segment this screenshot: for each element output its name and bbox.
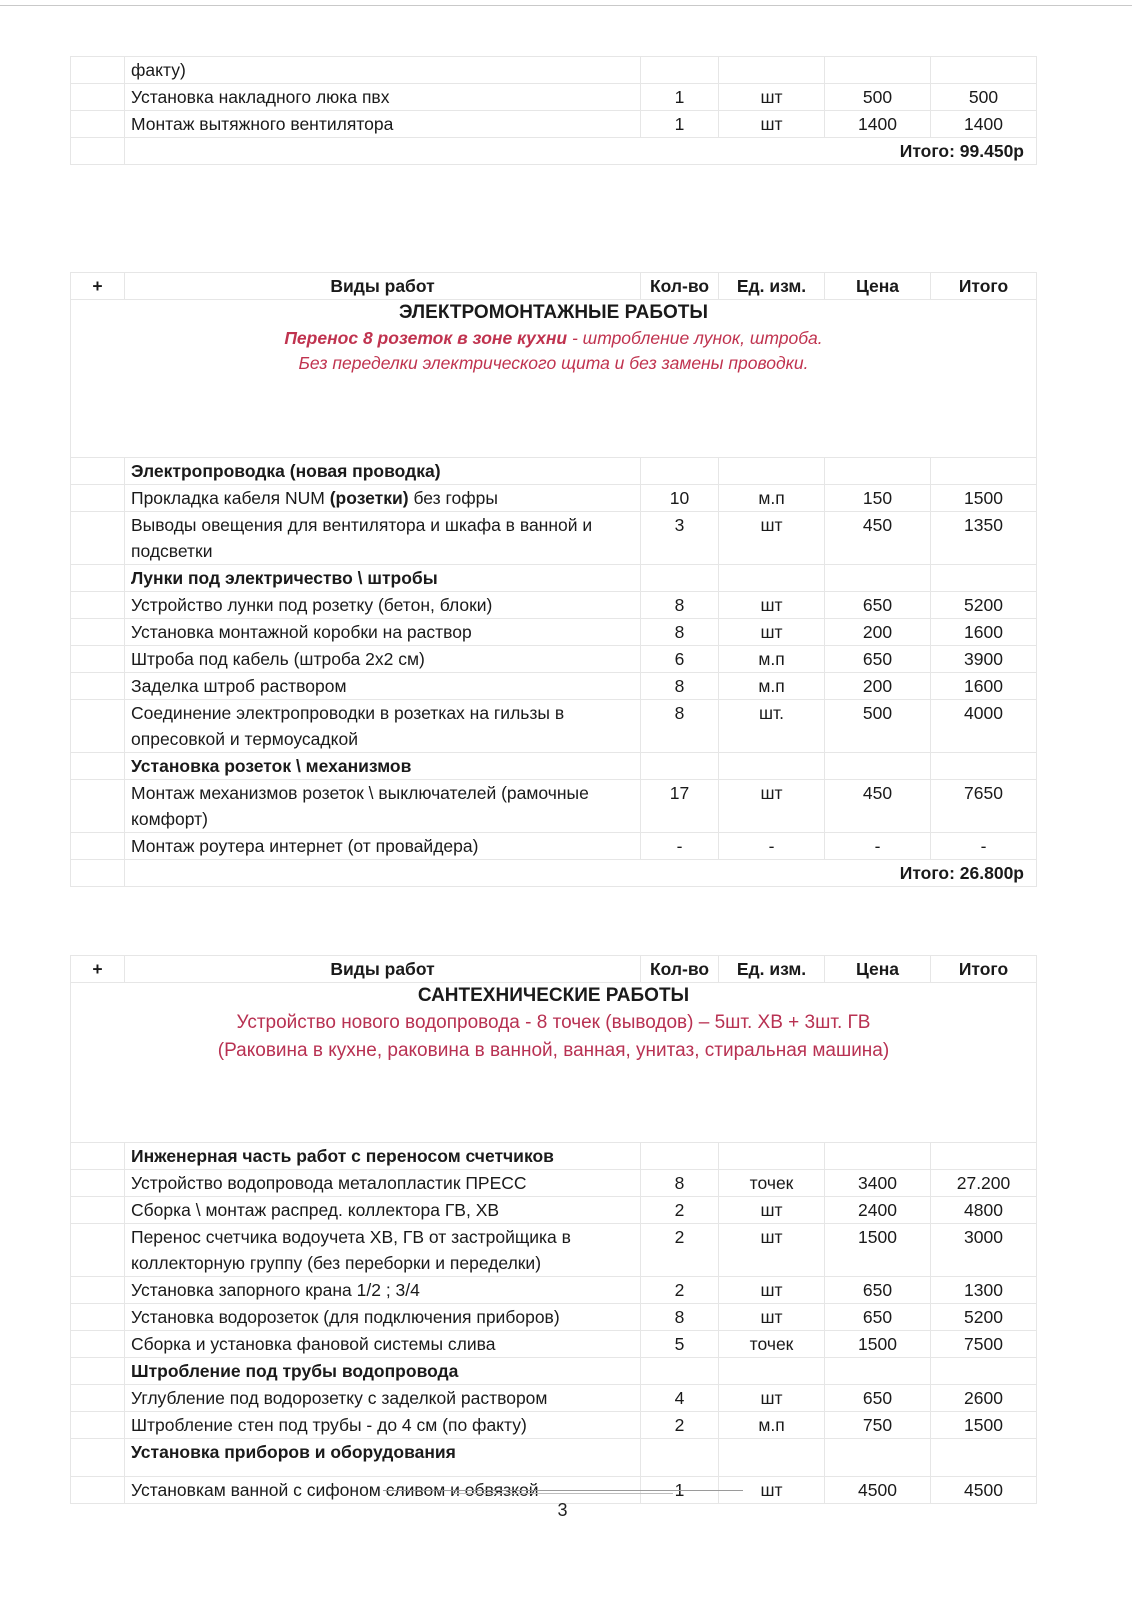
table-header-row: + Виды работ Кол-во Ед. изм. Цена Итого (71, 273, 1037, 300)
table-row: Сборка и установка фановой системы слива… (71, 1331, 1037, 1358)
table-row: Прокладка кабеля NUM (розетки) без гофры… (71, 485, 1037, 512)
row-marker-cell (71, 458, 125, 485)
unit-cell (719, 458, 825, 485)
section-total-row: Итого: 26.800р (71, 860, 1037, 887)
price-cell: 500 (825, 84, 931, 111)
column-header-unit: Ед. изм. (719, 956, 825, 983)
work-name-cell: Прокладка кабеля NUM (розетки) без гофры (125, 485, 641, 512)
total-cell: 27.200 (931, 1170, 1037, 1197)
price-cell: - (825, 833, 931, 860)
unit-cell (719, 1143, 825, 1170)
row-marker-cell (71, 753, 125, 780)
unit-cell (719, 57, 825, 84)
price-cell: 500 (825, 700, 931, 753)
qty-cell: 8 (641, 592, 719, 619)
unit-cell: шт (719, 1224, 825, 1277)
section-title: ЭЛЕКТРОМОНТАЖНЫЕ РАБОТЫ (77, 300, 1030, 326)
total-cell: 4500 (931, 1477, 1037, 1504)
expand-plus-icon[interactable]: + (71, 273, 125, 300)
section-note-line2: Без переделки электрического щита и без … (77, 351, 1030, 376)
unit-cell: точек (719, 1170, 825, 1197)
qty-cell: 6 (641, 646, 719, 673)
work-name-cell: Сборка \ монтаж распред. коллектора ГВ, … (125, 1197, 641, 1224)
expand-plus-icon[interactable]: + (71, 956, 125, 983)
table-row: факту) (71, 57, 1037, 84)
row-marker-cell (71, 1224, 125, 1277)
price-cell: 200 (825, 619, 931, 646)
price-cell: 650 (825, 1304, 931, 1331)
group-heading-row: Инженерная часть работ с переносом счетч… (71, 1143, 1037, 1170)
work-name-cell: Монтаж роутера интернет (от провайдера) (125, 833, 641, 860)
total-cell: 1300 (931, 1277, 1037, 1304)
qty-cell: 1 (641, 84, 719, 111)
qty-cell: 2 (641, 1412, 719, 1439)
table-row: Монтаж механизмов розеток \ выключателей… (71, 780, 1037, 833)
unit-cell: м.п (719, 646, 825, 673)
price-cell: 150 (825, 485, 931, 512)
unit-cell: шт (719, 1385, 825, 1412)
total-cell: 4800 (931, 1197, 1037, 1224)
qty-cell (641, 1439, 719, 1477)
price-cell (825, 1439, 931, 1477)
price-cell (825, 1143, 931, 1170)
column-header-unit: Ед. изм. (719, 273, 825, 300)
unit-cell: шт. (719, 700, 825, 753)
work-name-cell: Монтаж механизмов розеток \ выключателей… (125, 780, 641, 833)
row-marker-cell (71, 1143, 125, 1170)
row-marker-cell (71, 565, 125, 592)
total-cell: 3000 (931, 1224, 1037, 1277)
column-header-price: Цена (825, 956, 931, 983)
row-marker-cell (71, 512, 125, 565)
work-name-cell: Устройство лунки под розетку (бетон, бло… (125, 592, 641, 619)
row-marker-cell (71, 700, 125, 753)
row-marker-cell (71, 57, 125, 84)
group-heading-row: Установка приборов и оборудования (71, 1439, 1037, 1477)
row-marker-cell (71, 592, 125, 619)
group-heading-row: Установка розеток \ механизмов (71, 753, 1037, 780)
table-row: Устройство лунки под розетку (бетон, бло… (71, 592, 1037, 619)
column-header-total: Итого (931, 273, 1037, 300)
section-total: Итого: 99.450р (641, 138, 1037, 165)
price-cell (825, 565, 931, 592)
column-header-qty: Кол-во (641, 273, 719, 300)
qty-cell (641, 1143, 719, 1170)
unit-cell: шт (719, 619, 825, 646)
table-row: Устройство водопровода металопластик ПРЕ… (71, 1170, 1037, 1197)
work-name-cell: Соединение электропроводки в розетках на… (125, 700, 641, 753)
total-cell: 2600 (931, 1385, 1037, 1412)
page-top-edge (0, 5, 1132, 6)
table-row: Штроба под кабель (штроба 2х2 см)6м.п650… (71, 646, 1037, 673)
total-cell: 7500 (931, 1331, 1037, 1358)
work-name-cell: Лунки под электричество \ штробы (125, 565, 641, 592)
total-cell: 5200 (931, 1304, 1037, 1331)
work-name-cell: Установка приборов и оборудования (125, 1439, 641, 1477)
section-note-line1: Перенос 8 розеток в зоне кухни - штробле… (77, 326, 1030, 351)
total-cell: 1350 (931, 512, 1037, 565)
qty-cell: 2 (641, 1224, 719, 1277)
table-row: Перенос счетчика водоучета ХВ, ГВ от зас… (71, 1224, 1037, 1277)
table-row: Установка запорного крана 1/2 ; 3/42шт65… (71, 1277, 1037, 1304)
work-name-cell: Установка монтажной коробки на раствор (125, 619, 641, 646)
price-cell: 1400 (825, 111, 931, 138)
footer-divider (383, 1490, 743, 1491)
group-heading-row: Штробление под трубы водопровода (71, 1358, 1037, 1385)
price-cell: 1500 (825, 1331, 931, 1358)
work-name-cell: Инженерная часть работ с переносом счетч… (125, 1143, 641, 1170)
section-intro-row: ЭЛЕКТРОМОНТАЖНЫЕ РАБОТЫ Перенос 8 розето… (71, 300, 1037, 458)
total-cell: 1600 (931, 673, 1037, 700)
qty-cell (641, 458, 719, 485)
table-row: Сборка \ монтаж распред. коллектора ГВ, … (71, 1197, 1037, 1224)
column-header-price: Цена (825, 273, 931, 300)
total-cell: 5200 (931, 592, 1037, 619)
price-cell (825, 753, 931, 780)
price-cell: 650 (825, 1277, 931, 1304)
group-heading-row: Электропроводка (новая проводка) (71, 458, 1037, 485)
total-cell: 1500 (931, 485, 1037, 512)
table-row: Заделка штроб раствором8м.п2001600 (71, 673, 1037, 700)
total-cell (931, 57, 1037, 84)
unit-cell (719, 1439, 825, 1477)
work-name-cell: Перенос счетчика водоучета ХВ, ГВ от зас… (125, 1224, 641, 1277)
row-marker-cell (71, 673, 125, 700)
unit-cell: м.п (719, 673, 825, 700)
table-row: Выводы овещения для вентилятора и шкафа … (71, 512, 1037, 565)
section-note-line2: (Раковина в кухне, раковина в ванной, ва… (77, 1037, 1030, 1065)
total-cell: 1600 (931, 619, 1037, 646)
price-cell: 450 (825, 780, 931, 833)
total-cell (931, 753, 1037, 780)
work-name-cell: Штробление под трубы водопровода (125, 1358, 641, 1385)
qty-cell: 17 (641, 780, 719, 833)
table-row: Установка накладного люка пвх1шт500500 (71, 84, 1037, 111)
row-marker-cell (71, 485, 125, 512)
total-cell (931, 1358, 1037, 1385)
price-cell: 650 (825, 592, 931, 619)
total-cell: - (931, 833, 1037, 860)
work-name-cell: Выводы овещения для вентилятора и шкафа … (125, 512, 641, 565)
price-cell (825, 1358, 931, 1385)
qty-cell: 2 (641, 1277, 719, 1304)
row-marker-cell (71, 1477, 125, 1504)
table-header-row: + Виды работ Кол-во Ед. изм. Цена Итого (71, 956, 1037, 983)
total-cell: 7650 (931, 780, 1037, 833)
work-name-cell: факту) (125, 57, 641, 84)
total-cell: 1400 (931, 111, 1037, 138)
work-name-cell: Сборка и установка фановой системы слива (125, 1331, 641, 1358)
total-cell (931, 565, 1037, 592)
unit-cell (719, 565, 825, 592)
work-name-cell: Электропроводка (новая проводка) (125, 458, 641, 485)
row-marker-cell (71, 646, 125, 673)
unit-cell: шт (719, 592, 825, 619)
unit-cell: шт (719, 1304, 825, 1331)
qty-cell: 5 (641, 1331, 719, 1358)
footer-divider-short (453, 1493, 673, 1494)
unit-cell: - (719, 833, 825, 860)
qty-cell (641, 1358, 719, 1385)
row-marker-cell (71, 1331, 125, 1358)
price-cell (825, 57, 931, 84)
row-marker-cell (71, 84, 125, 111)
unit-cell: шт (719, 780, 825, 833)
column-header-name: Виды работ (125, 956, 641, 983)
unit-cell (719, 1358, 825, 1385)
section-intro-row: САНТЕХНИЧЕСКИЕ РАБОТЫ Устройство нового … (71, 983, 1037, 1143)
total-cell: 500 (931, 84, 1037, 111)
table-previous-section: факту)Установка накладного люка пвх1шт50… (70, 56, 1037, 165)
price-cell: 650 (825, 646, 931, 673)
work-name-cell: Установка водорозеток (для подключения п… (125, 1304, 641, 1331)
row-marker-cell (71, 1277, 125, 1304)
table-row: Установка монтажной коробки на раствор8ш… (71, 619, 1037, 646)
work-name-cell: Углубление под водорозетку с заделкой ра… (125, 1385, 641, 1412)
unit-cell: шт (719, 1197, 825, 1224)
price-cell: 200 (825, 673, 931, 700)
unit-cell: м.п (719, 485, 825, 512)
total-cell: 4000 (931, 700, 1037, 753)
unit-cell: точек (719, 1331, 825, 1358)
total-cell (931, 1143, 1037, 1170)
work-name-cell: Установка розеток \ механизмов (125, 753, 641, 780)
row-marker-cell (71, 833, 125, 860)
work-name-cell: Штробление стен под трубы - до 4 см (по … (125, 1412, 641, 1439)
row-marker-cell (71, 1304, 125, 1331)
row-marker-cell (71, 1197, 125, 1224)
table-plumbing-works: + Виды работ Кол-во Ед. изм. Цена Итого … (70, 955, 1037, 1504)
table-row: Углубление под водорозетку с заделкой ра… (71, 1385, 1037, 1412)
qty-cell: - (641, 833, 719, 860)
section-total-row: Итого: 99.450р (71, 138, 1037, 165)
qty-cell: 8 (641, 673, 719, 700)
unit-cell: шт (719, 1277, 825, 1304)
qty-cell: 8 (641, 619, 719, 646)
qty-cell (641, 565, 719, 592)
price-cell: 3400 (825, 1170, 931, 1197)
total-cell (931, 1439, 1037, 1477)
work-name-cell: Штроба под кабель (штроба 2х2 см) (125, 646, 641, 673)
qty-cell: 8 (641, 1170, 719, 1197)
unit-cell: шт (719, 512, 825, 565)
qty-cell: 8 (641, 700, 719, 753)
section-total: Итого: 26.800р (641, 860, 1037, 887)
unit-cell: шт (719, 84, 825, 111)
table-row: Соединение электропроводки в розетках на… (71, 700, 1037, 753)
column-header-name: Виды работ (125, 273, 641, 300)
row-marker-cell (71, 111, 125, 138)
unit-cell: шт (719, 111, 825, 138)
row-marker-cell (71, 1412, 125, 1439)
row-marker-cell (71, 1385, 125, 1412)
unit-cell (719, 753, 825, 780)
price-cell (825, 458, 931, 485)
qty-cell (641, 753, 719, 780)
unit-cell: м.п (719, 1412, 825, 1439)
section-title: САНТЕХНИЧЕСКИЕ РАБОТЫ (77, 983, 1030, 1009)
work-name-cell: Заделка штроб раствором (125, 673, 641, 700)
qty-cell: 2 (641, 1197, 719, 1224)
table-row: Установка водорозеток (для подключения п… (71, 1304, 1037, 1331)
total-cell (931, 458, 1037, 485)
total-cell: 3900 (931, 646, 1037, 673)
table-row: Штробление стен под трубы - до 4 см (по … (71, 1412, 1037, 1439)
page-number: 3 (290, 1500, 835, 1521)
work-name-cell: Установка запорного крана 1/2 ; 3/4 (125, 1277, 641, 1304)
qty-cell: 1 (641, 111, 719, 138)
qty-cell: 4 (641, 1385, 719, 1412)
table-row: Монтаж вытяжного вентилятора1шт14001400 (71, 111, 1037, 138)
column-header-qty: Кол-во (641, 956, 719, 983)
work-name-cell: Устройство водопровода металопластик ПРЕ… (125, 1170, 641, 1197)
column-header-total: Итого (931, 956, 1037, 983)
price-cell: 2400 (825, 1197, 931, 1224)
qty-cell: 3 (641, 512, 719, 565)
row-marker-cell (71, 619, 125, 646)
qty-cell (641, 57, 719, 84)
row-marker-cell (71, 1170, 125, 1197)
section-note-line1: Устройство нового водопровода - 8 точек … (77, 1009, 1030, 1037)
price-cell: 450 (825, 512, 931, 565)
qty-cell: 8 (641, 1304, 719, 1331)
total-cell: 1500 (931, 1412, 1037, 1439)
work-name-cell: Монтаж вытяжного вентилятора (125, 111, 641, 138)
row-marker-cell (71, 1439, 125, 1477)
work-name-cell: Установка накладного люка пвх (125, 84, 641, 111)
group-heading-row: Лунки под электричество \ штробы (71, 565, 1037, 592)
price-cell: 750 (825, 1412, 931, 1439)
table-electrical-works: + Виды работ Кол-во Ед. изм. Цена Итого … (70, 272, 1037, 887)
price-cell: 4500 (825, 1477, 931, 1504)
page-footer: 3 (290, 1490, 835, 1521)
table-row: Монтаж роутера интернет (от провайдера)-… (71, 833, 1037, 860)
price-cell: 650 (825, 1385, 931, 1412)
row-marker-cell (71, 1358, 125, 1385)
row-marker-cell (71, 780, 125, 833)
price-cell: 1500 (825, 1224, 931, 1277)
qty-cell: 10 (641, 485, 719, 512)
